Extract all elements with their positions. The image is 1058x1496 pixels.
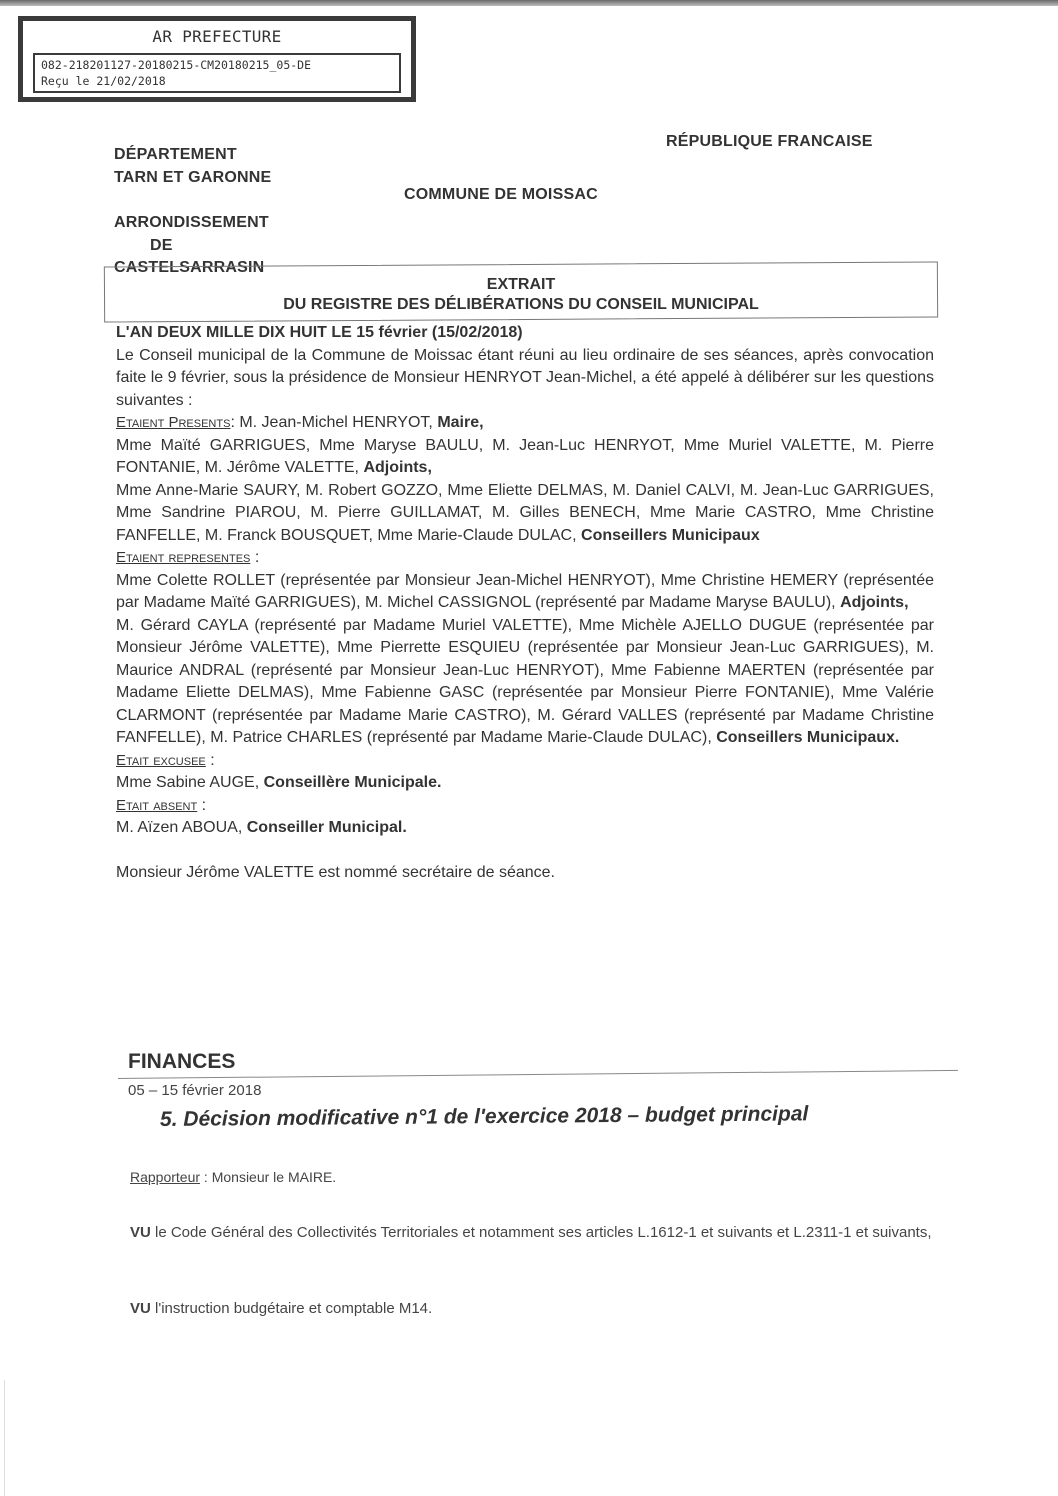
stamp-details: 082-218201127-20180215-CM20180215_05-DE …: [33, 53, 401, 93]
excused-role: Conseillère Municipale.: [264, 774, 442, 791]
arrondissement-de: DE: [150, 237, 173, 255]
present-section: Etaient Presents: M. Jean-Michel HENRYOT…: [116, 412, 934, 435]
excused-name: Mme Sabine AUGE,: [116, 774, 259, 791]
absent-member: M. Aïzen ABOUA, Conseiller Municipal.: [116, 817, 934, 840]
vu-cgct: VU le Code Général des Collectivités Ter…: [130, 1222, 950, 1244]
mayor-name: M. Jean-Michel HENRYOT,: [239, 414, 433, 431]
represented-adjoints-role: Adjoints,: [840, 594, 908, 611]
mayor-role: Maire,: [437, 414, 483, 431]
represented-adjoints: Mme Colette ROLLET (représentée par Mons…: [116, 570, 934, 615]
session-intro: Le Conseil municipal de la Commune de Mo…: [116, 345, 934, 413]
section-date: 05 – 15 février 2018: [128, 1082, 261, 1099]
absent-role: Conseiller Municipal.: [247, 819, 407, 836]
present-councillors: Mme Anne-Marie SAURY, M. Robert GOZZO, M…: [116, 480, 934, 548]
section-divider: [118, 1070, 958, 1079]
secretary-line: Monsieur Jérôme VALETTE est nommé secrét…: [116, 862, 934, 885]
vu-label: VU: [130, 1300, 151, 1317]
session-block: L'AN DEUX MILLE DIX HUIT LE 15 février (…: [116, 322, 934, 884]
extract-title: EXTRAIT: [104, 276, 938, 294]
vu-m14-text: l'instruction budgétaire et comptable M1…: [151, 1300, 432, 1317]
republic-title: RÉPUBLIQUE FRANCAISE: [666, 133, 873, 151]
rapporteur-name: : Monsieur le MAIRE.: [200, 1169, 336, 1185]
present-adjoints-role: Adjoints,: [363, 459, 431, 476]
session-date: L'AN DEUX MILLE DIX HUIT LE 15 février (…: [116, 322, 934, 345]
arrondissement-label: ARRONDISSEMENT: [114, 214, 269, 232]
represented-heading: Etaient representes :: [116, 547, 934, 570]
excused-label: Etait excusee: [116, 752, 206, 769]
commune-title: COMMUNE DE MOISSAC: [404, 186, 598, 204]
represented-councillors-names: M. Gérard CAYLA (représenté par Madame M…: [116, 617, 934, 747]
extract-subtitle: DU REGISTRE DES DÉLIBÉRATIONS DU CONSEIL…: [104, 296, 938, 314]
section-title: FINANCES: [128, 1050, 235, 1074]
present-adjoints-names: Mme Maïté GARRIGUES, Mme Maryse BAULU, M…: [116, 437, 934, 477]
present-councillors-role: Conseillers Municipaux: [581, 527, 760, 544]
vu-label: VU: [130, 1224, 151, 1241]
vu-m14: VU l'instruction budgétaire et comptable…: [130, 1298, 950, 1320]
represented-councillors-role: Conseillers Municipaux.: [716, 729, 899, 746]
stamp-title: AR PREFECTURE: [23, 27, 411, 46]
present-adjoints: Mme Maïté GARRIGUES, Mme Maryse BAULU, M…: [116, 435, 934, 480]
scan-top-edge: [0, 0, 1058, 6]
represented-councillors: M. Gérard CAYLA (représenté par Madame M…: [116, 615, 934, 750]
rapporteur-label: Rapporteur: [130, 1169, 200, 1185]
prefecture-stamp: AR PREFECTURE 082-218201127-20180215-CM2…: [18, 16, 416, 102]
absent-label: Etait absent: [116, 797, 197, 814]
absent-name: M. Aïzen ABOUA,: [116, 819, 242, 836]
excused-member: Mme Sabine AUGE, Conseillère Municipale.: [116, 772, 934, 795]
department-name: TARN ET GARONNE: [114, 169, 271, 187]
represented-label: Etaient representes: [116, 549, 250, 566]
decision-title: 5. Décision modificative n°1 de l'exerci…: [160, 1102, 808, 1132]
stamp-received-date: Reçu le 21/02/2018: [41, 73, 393, 89]
present-councillors-names: Mme Anne-Marie SAURY, M. Robert GOZZO, M…: [116, 482, 934, 544]
present-label: Etaient Presents: [116, 414, 230, 431]
rapporteur-line: Rapporteur : Monsieur le MAIRE.: [130, 1169, 336, 1185]
vu-cgct-text: le Code Général des Collectivités Territ…: [151, 1224, 932, 1241]
stamp-reference: 082-218201127-20180215-CM20180215_05-DE: [41, 57, 393, 73]
excused-heading: Etait excusee :: [116, 750, 934, 773]
department-label: DÉPARTEMENT: [114, 146, 237, 164]
absent-heading: Etait absent :: [116, 795, 934, 818]
represented-adjoints-names: Mme Colette ROLLET (représentée par Mons…: [116, 572, 934, 612]
scan-left-edge: [4, 1380, 5, 1496]
